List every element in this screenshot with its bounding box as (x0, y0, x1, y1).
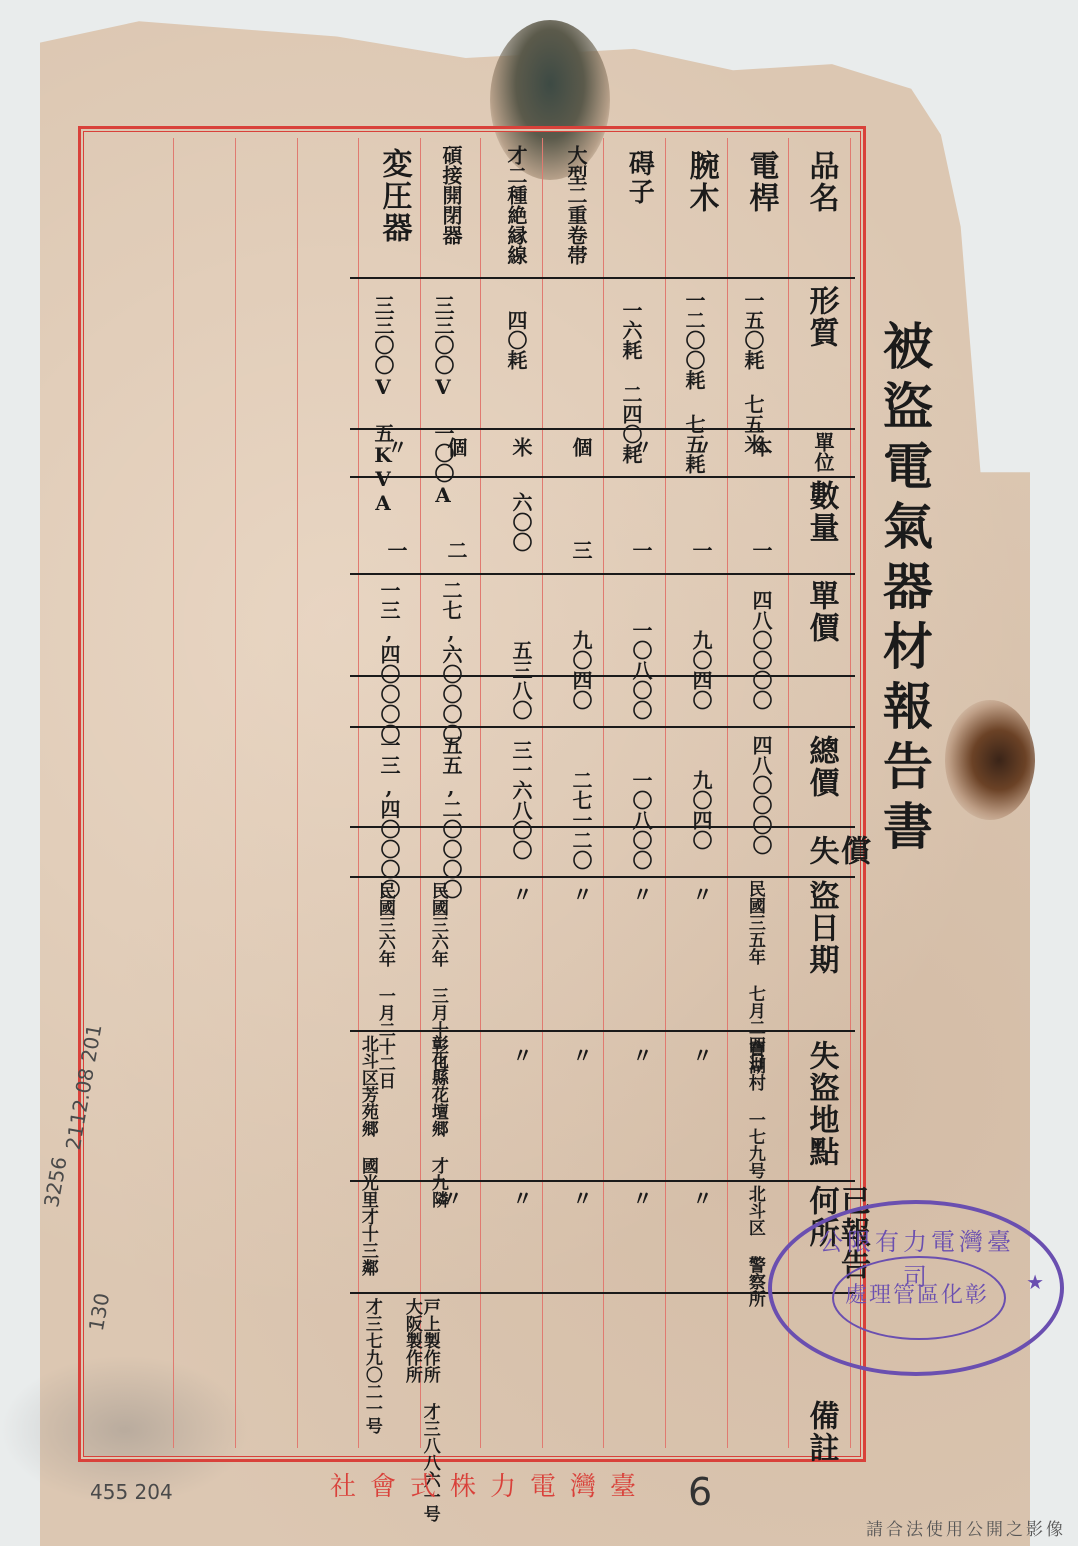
header-name: 品名 (805, 150, 837, 275)
row-divider (350, 476, 855, 478)
row5-quantity: 六〇〇 (510, 492, 531, 552)
row6-quantity: 二 (445, 540, 466, 560)
row7-remarks: 才三七九〇二一号 (362, 1298, 380, 1434)
row-divider (350, 573, 855, 575)
row3-theft-location: 〃 (630, 1045, 651, 1065)
header-theft-date: 盜日期 (805, 880, 837, 1025)
column-rule (603, 138, 604, 1448)
row2-reported-to: 〃 (690, 1188, 711, 1208)
column-rule (480, 138, 481, 1448)
row3-quantity: 一 (630, 540, 651, 560)
column-rule (173, 138, 174, 1448)
row1-name: 電桿 (745, 150, 777, 214)
row2-name: 腕木 (685, 150, 717, 214)
pencil-note: 455 204 (90, 1480, 173, 1504)
row6-total-price: 五五,二〇〇〇〇 (440, 735, 461, 899)
row7-unit: 〃 (385, 437, 406, 457)
row1-unit-price: 四八〇〇〇〇 (750, 590, 771, 710)
row6-unit-price: 二七,六〇〇〇〇 (440, 580, 461, 744)
row6-name: 碩接開閉器 (440, 145, 461, 245)
row6-spec: 三三〇〇V 一〇〇A (432, 295, 453, 507)
column-rule (542, 138, 543, 1448)
row7-name: 変圧器 (378, 148, 410, 244)
row2-unit-price: 九〇四〇 (690, 630, 711, 710)
row5-unit: 米 (510, 437, 531, 457)
row6-unit: 個 (445, 437, 466, 457)
header-spec: 形質 (805, 285, 837, 425)
row4-reported-to: 〃 (570, 1188, 591, 1208)
row1-total-price: 四八〇〇〇〇 (750, 735, 771, 855)
row4-unit-price: 九〇四〇 (570, 630, 591, 710)
header-quantity: 數量 (805, 480, 837, 570)
company-seal-stamp: 臺灣電力有限公司 彰化區管理處 ★ (768, 1200, 1064, 1376)
row3-name: 碍子 (625, 150, 652, 206)
row-divider (350, 428, 855, 430)
row4-compensation: 〃 (570, 884, 591, 904)
row1-theft-location: 寶湖村 一七九号 (745, 1040, 763, 1179)
row-divider (350, 1180, 855, 1182)
row4-name: 大型二重卷帯 (565, 145, 586, 265)
page-number: 6 (688, 1470, 712, 1514)
binder-hole (1055, 1095, 1078, 1125)
row3-unit: 〃 (630, 437, 651, 457)
column-rule (420, 138, 421, 1448)
document-title: 被盜電氣器材報告書 (868, 320, 940, 860)
row2-unit: 〃 (690, 437, 711, 457)
row1-reported-to: 北斗区 警察所 (745, 1185, 763, 1307)
column-rule (665, 138, 666, 1448)
row5-theft-location: 〃 (510, 1045, 531, 1065)
column-rule (727, 138, 728, 1448)
row2-theft-location: 〃 (690, 1045, 711, 1065)
header-theft-location: 失盜地點 (805, 1040, 837, 1180)
row2-quantity: 一 (690, 540, 711, 560)
row7-quantity: 一 (385, 540, 406, 560)
row7-theft-location: 北斗区芳苑郷 國光里才十三鄰 (358, 1035, 376, 1276)
row3-reported-to: 〃 (630, 1188, 651, 1208)
binder-hole (1055, 512, 1078, 542)
row4-quantity: 三 (570, 540, 591, 560)
row5-total-price: 三一六八〇〇 (510, 740, 531, 860)
row1-unit: 本 (750, 437, 771, 457)
header-unit-price: 單價 (805, 580, 837, 670)
row6-reported-to: 〃 (440, 1188, 461, 1208)
row1-quantity: 一 (750, 540, 771, 560)
row4-total-price: 二七一二〇 (570, 770, 591, 870)
row-divider (350, 726, 855, 728)
star-icon: ★ (1026, 1270, 1044, 1294)
header-remarks: 備註 (805, 1400, 837, 1464)
binder-hole (1055, 985, 1078, 1015)
row-divider (350, 277, 855, 279)
printed-company-footer: 臺灣電力株式會社 (330, 1466, 650, 1503)
row-divider (350, 1030, 855, 1032)
row4-theft-location: 〃 (570, 1045, 591, 1065)
stamp-inner-text: 彰化區管理處 (842, 1278, 992, 1309)
row2-total-price: 九〇四〇 (690, 770, 711, 850)
row5-compensation: 〃 (510, 884, 531, 904)
row3-total-price: 一〇八〇〇 (630, 770, 651, 870)
row7-unit-price: 一三,四〇〇〇〇 (378, 580, 399, 744)
header-unit: 單位 (812, 432, 833, 472)
archive-watermark: 請合法使用公開之影像 (866, 1515, 1066, 1540)
row5-reported-to: 〃 (510, 1188, 531, 1208)
row5-unit-price: 五三八〇 (510, 640, 531, 720)
row3-unit-price: 一〇八〇〇 (630, 620, 651, 720)
row-divider (350, 675, 855, 677)
binder-hole (1055, 622, 1078, 652)
row7-spec: 三三〇〇V 五KVA (372, 295, 393, 515)
burn-stain (945, 700, 1035, 820)
row4-unit: 個 (570, 437, 591, 457)
column-rule (235, 138, 236, 1448)
header-compensation: 償失 (805, 835, 868, 875)
row2-compensation: 〃 (690, 884, 711, 904)
row5-spec: 四〇耗 (505, 310, 526, 370)
header-total-price: 總價 (805, 735, 837, 820)
row6-theft-location: 彰化縣花壇郷 才九隣 (428, 1035, 446, 1208)
row1-spec: 一五〇耗 七五米 (742, 290, 763, 454)
row-divider (350, 826, 855, 828)
row5-name: 才二種絶縁線 (505, 145, 526, 265)
column-rule (297, 138, 298, 1448)
row6-remarks: 戸上製作所 才三八八六一号 大阪製作所 (402, 1298, 438, 1546)
row7-total-price: 一三,四〇〇〇〇 (378, 735, 399, 899)
row3-compensation: 〃 (630, 884, 651, 904)
row-divider (350, 876, 855, 878)
